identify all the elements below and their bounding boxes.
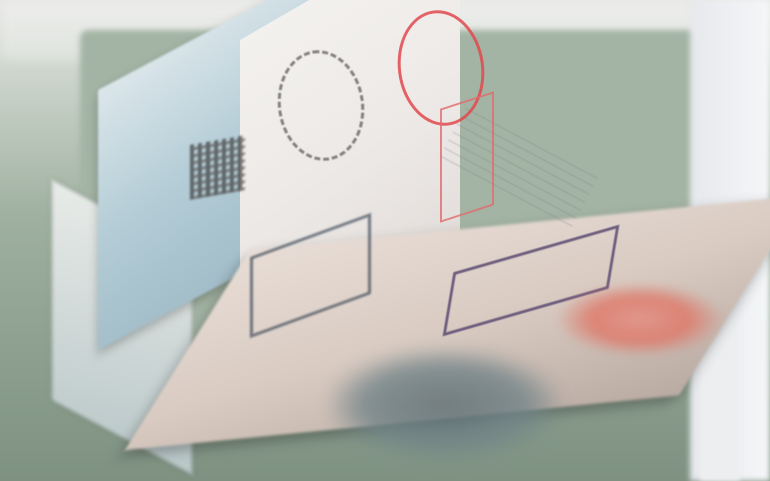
red-rectangular-stamp: [440, 91, 494, 223]
blurred-red-stamp: [555, 282, 725, 357]
blurred-dark-stamp: [330, 350, 560, 460]
qr-code-sticker: [190, 135, 245, 200]
